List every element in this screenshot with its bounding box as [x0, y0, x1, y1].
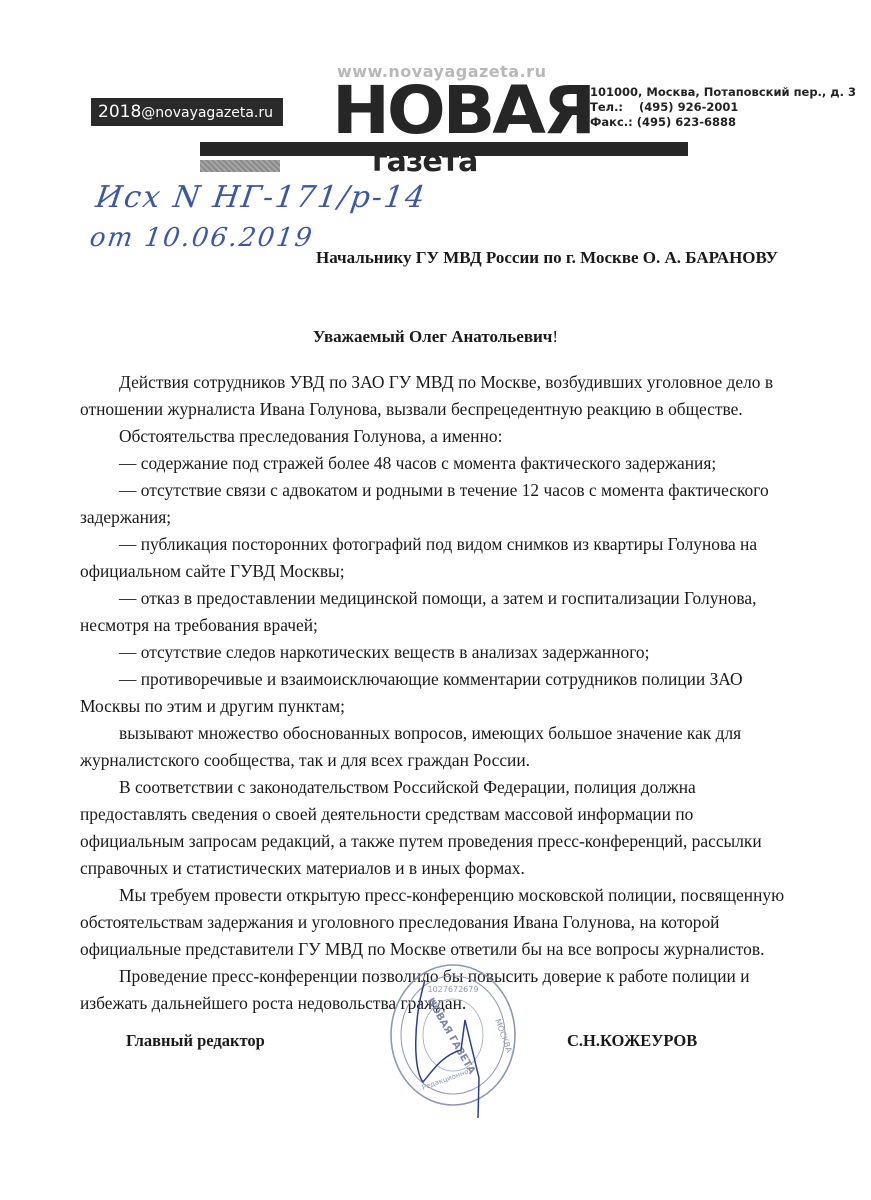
fax: Факс.: (495) 623-6888	[590, 115, 856, 130]
letter-body: Действия сотрудников УВД по ЗАО ГУ МВД п…	[80, 369, 800, 1017]
letterhead-contact: 101000, Москва, Потаповский пер., д. 3 Т…	[590, 85, 856, 130]
letter-page: www.novayagazeta.ru 2018@novayagazeta.ru…	[0, 0, 871, 1200]
handwritten-date: от 10.06.2019	[88, 223, 316, 253]
paragraph: вызывают множество обоснованных вопросов…	[80, 720, 800, 774]
svg-text:1027672679: 1027672679	[428, 985, 479, 994]
letterhead-gray-bar	[200, 160, 280, 172]
signatory-name: С.Н.КОЖЕУРОВ	[567, 1031, 697, 1051]
handwritten-reference: Исх N НГ-171/р-14	[94, 180, 429, 215]
list-item: — содержание под стражей более 48 часов …	[80, 450, 800, 477]
greeting-punct: !	[552, 327, 558, 346]
greeting: Уважаемый Олег Анатольевич!	[0, 327, 871, 347]
seal-stamp-icon: 1027672679 НОВАЯ ГАЗЕТА МОСКВА Редакцион…	[383, 960, 523, 1120]
svg-text:Редакционно: Редакционно	[421, 1068, 470, 1092]
addressee: Начальнику ГУ МВД России по г. Москве О.…	[316, 248, 778, 268]
email-domain: @novayagazeta.ru	[141, 105, 273, 121]
list-item: — отсутствие связи с адвокатом и родными…	[80, 477, 800, 531]
newspaper-logo-subtitle: газета	[372, 148, 477, 172]
email-prefix: 2018	[98, 102, 141, 122]
list-item: — публикация посторонних фотографий под …	[80, 531, 800, 585]
phone: Тел.: (495) 926-2001	[590, 100, 856, 115]
list-item: — противоречивые и взаимоисключающие ком…	[80, 666, 800, 720]
address: 101000, Москва, Потаповский пер., д. 3	[590, 85, 856, 100]
signatory-title: Главный редактор	[126, 1031, 265, 1051]
list-item: — отказ в предоставлении медицинской пом…	[80, 585, 800, 639]
paragraph: В соответствии с законодательством Росси…	[80, 774, 800, 882]
paragraph: Действия сотрудников УВД по ЗАО ГУ МВД п…	[80, 369, 800, 423]
paragraph: Мы требуем провести открытую пресс-конфе…	[80, 882, 800, 963]
svg-text:МОСКВА: МОСКВА	[493, 1018, 514, 1055]
greeting-text: Уважаемый Олег Анатольевич	[313, 327, 552, 346]
newspaper-logo: НОВАЯ	[332, 78, 593, 144]
list-item: — отсутствие следов наркотических вещест…	[80, 639, 800, 666]
paragraph: Обстоятельства преследования Голунова, а…	[80, 423, 800, 450]
letterhead-email: 2018@novayagazeta.ru	[91, 98, 283, 126]
